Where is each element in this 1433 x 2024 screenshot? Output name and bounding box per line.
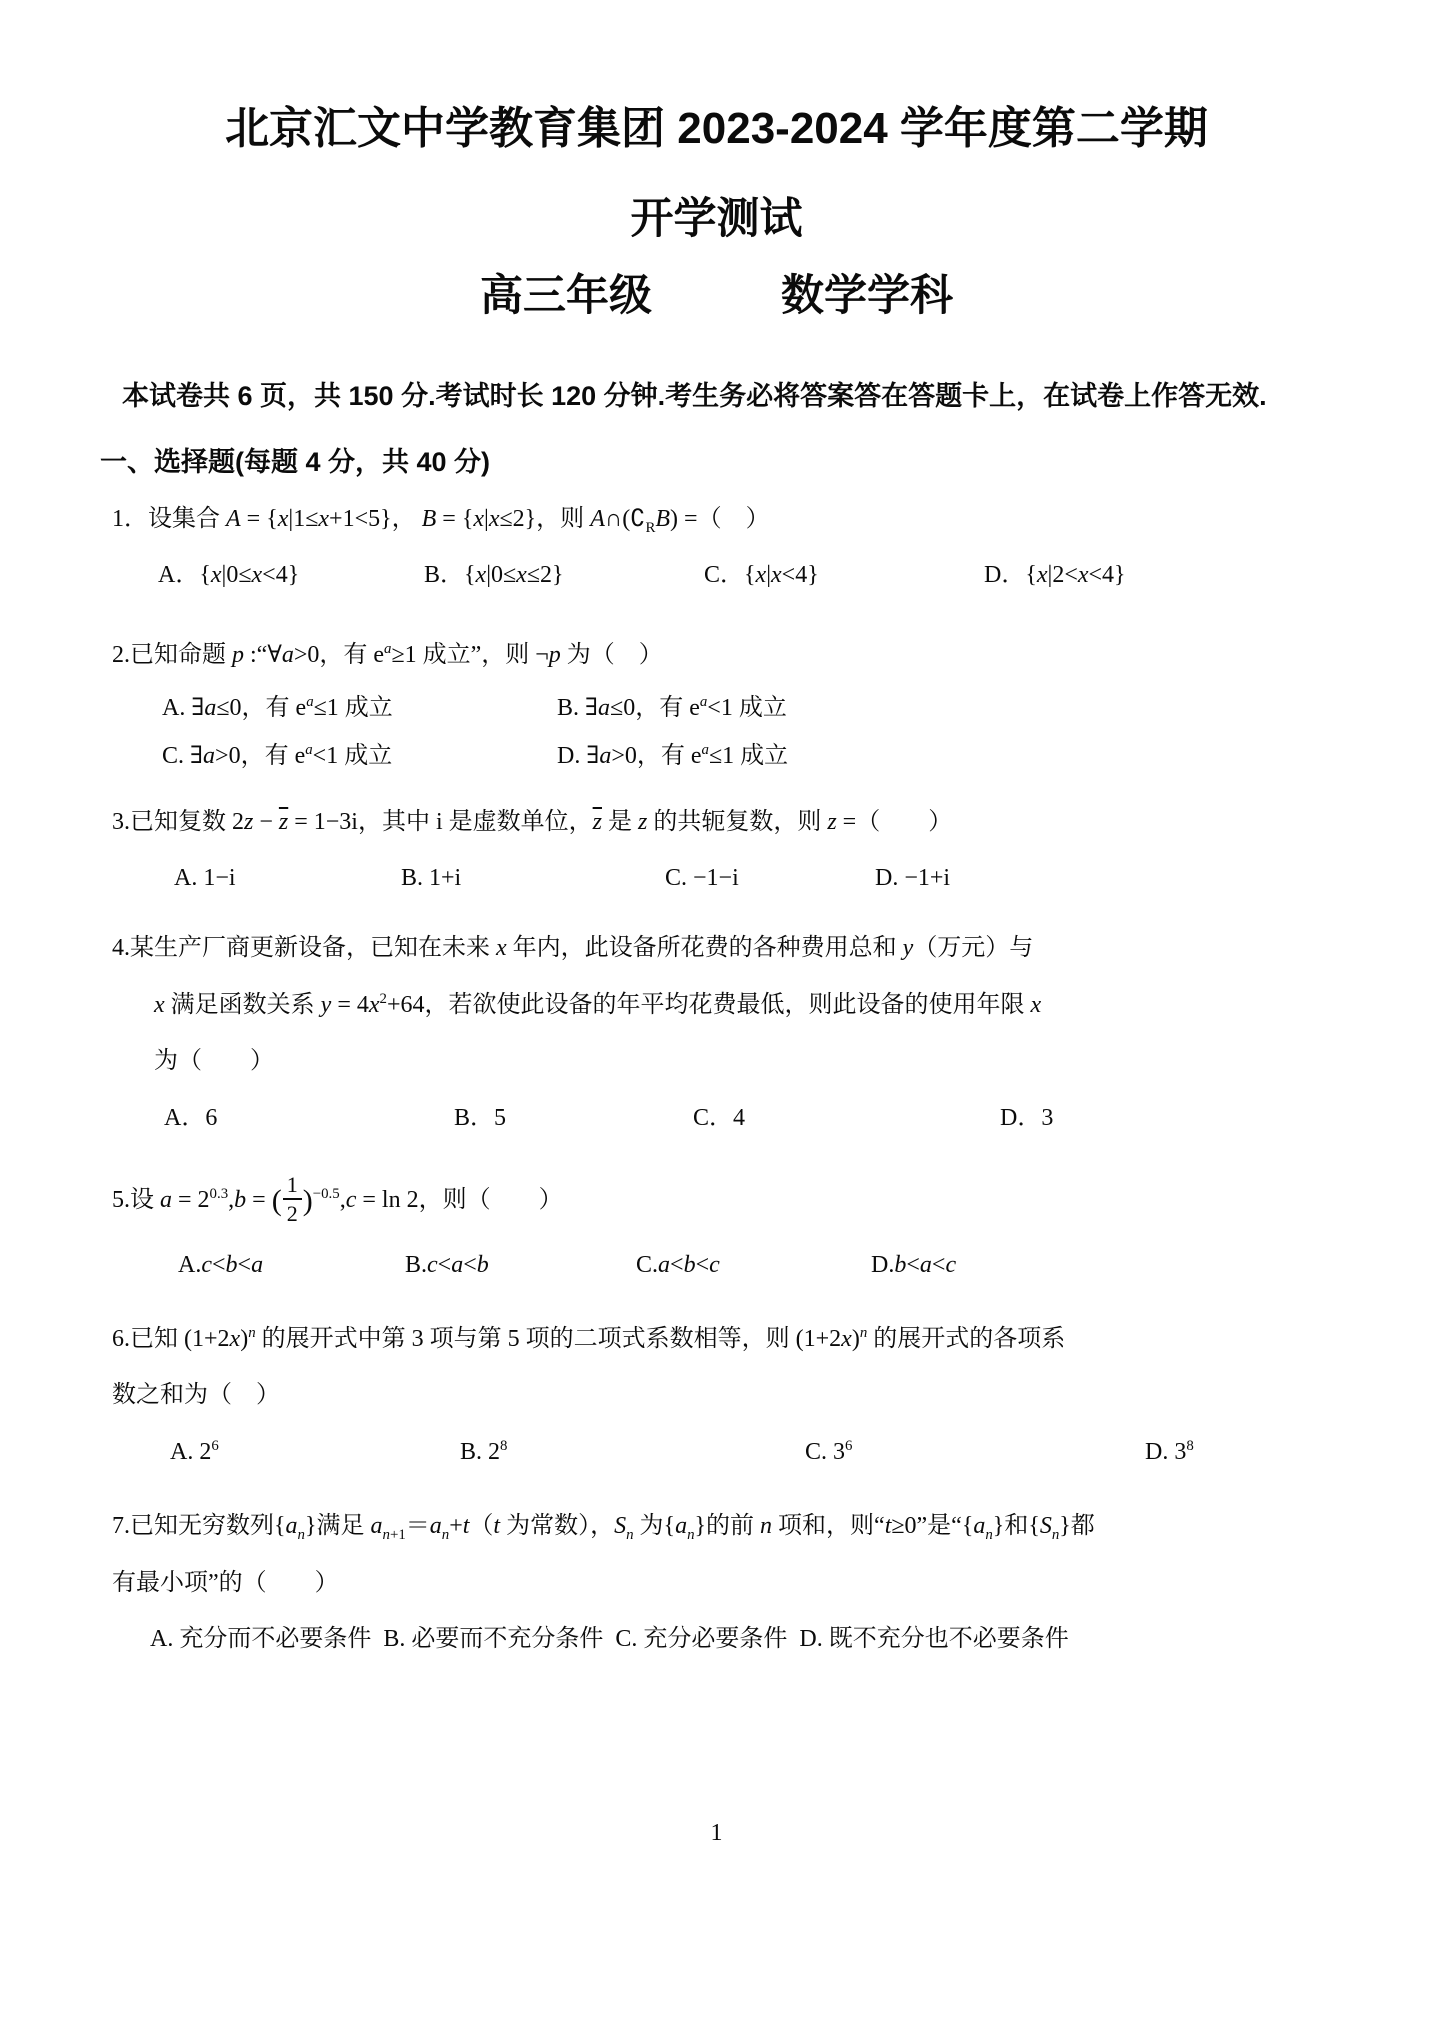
question-3-option-a: A. 1−i xyxy=(174,850,401,906)
question-5-stem: 5.设 a = 20.3,b = (12)−0.5,c = ln 2，则（ ） xyxy=(112,1166,1375,1237)
question-1-stem: 1．设集合 A = {x|1≤x+1<5}， B = {x|x≤2}，则 A∩(… xyxy=(112,491,1375,547)
question-7-option-a: A. 充分而不必要条件 xyxy=(150,1611,371,1667)
question-6-stem-line-1: 6.已知 (1+2x)n 的展开式中第 3 项与第 5 项的二项式系数相等，则 … xyxy=(112,1311,1375,1367)
question-2-option-c: C. ∃a>0，有 ea<1 成立 xyxy=(162,732,557,780)
question-7-option-b: B. 必要而不充分条件 xyxy=(383,1611,603,1667)
question-2-option-d: D. ∃a>0，有 ea≤1 成立 xyxy=(557,732,1375,780)
question-4-stem-line-3: 为（ ） xyxy=(112,1033,1375,1089)
question-5: 5.设 a = 20.3,b = (12)−0.5,c = ln 2，则（ ） … xyxy=(112,1166,1375,1293)
question-2-stem: 2.已知命题 p :“∀a>0，有 ea≥1 成立”，则 ¬p 为（ ） xyxy=(112,627,1375,683)
question-4-stem-line-1: 4.某生产厂商更新设备，已知在未来 x 年内，此设备所花费的各种费用总和 y（万… xyxy=(112,920,1375,976)
question-1-options: A．{x|0≤x<4} B．{x|0≤x≤2} C．{x|x<4} D．{x|2… xyxy=(112,547,1375,603)
question-7-stem-line-2: 有最小项”的（ ） xyxy=(112,1555,1375,1611)
question-4: 4.某生产厂商更新设备，已知在未来 x 年内，此设备所花费的各种费用总和 y（万… xyxy=(112,920,1375,1146)
question-6-option-d: D. 38 xyxy=(1145,1424,1375,1480)
section-1-heading: 一、选择题(每题 4 分，共 40 分) xyxy=(100,442,1433,483)
question-5-option-a: A.c<b<a xyxy=(178,1237,405,1293)
exam-title-line-3: 高三年级 数学学科 xyxy=(0,262,1433,323)
question-1-option-a: A．{x|0≤x<4} xyxy=(158,547,424,603)
question-7-option-d: D. 既不充分也不必要条件 xyxy=(799,1611,1068,1667)
question-6: 6.已知 (1+2x)n 的展开式中第 3 项与第 5 项的二项式系数相等，则 … xyxy=(112,1311,1375,1480)
question-3: 3.已知复数 2z − z = 1−3i，其中 i 是虚数单位，z 是 z 的共… xyxy=(112,794,1375,907)
exam-notice: 本试卷共 6 页，共 150 分.考试时长 120 分钟.考生务必将答案答在答题… xyxy=(122,365,1363,428)
question-5-option-c: C.a<b<c xyxy=(636,1237,871,1293)
page-number: 1 xyxy=(0,1820,1433,1847)
question-6-options: A. 26 B. 28 C. 36 D. 38 xyxy=(112,1424,1375,1480)
question-3-option-d: D. −1+i xyxy=(875,850,1375,906)
question-2-option-b: B. ∃a≤0，有 ea<1 成立 xyxy=(557,684,1375,732)
question-1-option-c: C．{x|x<4} xyxy=(704,547,984,603)
exam-header: 北京汇文中学教育集团 2023-2024 学年度第二学期 开学测试 高三年级 数… xyxy=(0,0,1433,323)
question-3-option-c: C. −1−i xyxy=(665,850,875,906)
question-4-stem-line-2: x 满足函数关系 y = 4x2+64，若欲使此设备的年平均花费最低，则此设备的… xyxy=(112,977,1375,1033)
question-4-option-b: B．5 xyxy=(454,1090,693,1146)
question-6-option-c: C. 36 xyxy=(805,1424,1145,1480)
question-3-option-b: B. 1+i xyxy=(401,850,665,906)
exam-paper-page: 北京汇文中学教育集团 2023-2024 学年度第二学期 开学测试 高三年级 数… xyxy=(0,0,1433,2024)
question-2-options: A. ∃a≤0，有 ea≤1 成立 B. ∃a≤0，有 ea<1 成立 C. ∃… xyxy=(112,684,1375,780)
question-7-options: A. 充分而不必要条件 B. 必要而不充分条件 C. 充分必要条件 D. 既不充… xyxy=(112,1611,1375,1667)
exam-title-line-1: 北京汇文中学教育集团 2023-2024 学年度第二学期 xyxy=(0,104,1433,155)
question-7: 7.已知无穷数列{an}满足 an+1＝an+t（t 为常数），Sn 为{an}… xyxy=(112,1498,1375,1667)
question-5-options: A.c<b<a B.c<a<b C.a<b<c D.b<a<c xyxy=(112,1237,1375,1293)
question-6-stem-line-2: 数之和为（ ） xyxy=(112,1367,1375,1423)
question-7-stem-line-1: 7.已知无穷数列{an}满足 an+1＝an+t（t 为常数），Sn 为{an}… xyxy=(112,1498,1375,1554)
question-3-stem: 3.已知复数 2z − z = 1−3i，其中 i 是虚数单位，z 是 z 的共… xyxy=(112,794,1375,850)
question-7-option-c: C. 充分必要条件 xyxy=(615,1611,787,1667)
question-1: 1．设集合 A = {x|1≤x+1<5}， B = {x|x≤2}，则 A∩(… xyxy=(112,491,1375,604)
question-6-option-b: B. 28 xyxy=(460,1424,805,1480)
question-4-option-c: C．4 xyxy=(693,1090,1000,1146)
question-1-option-b: B．{x|0≤x≤2} xyxy=(424,547,704,603)
question-6-option-a: A. 26 xyxy=(170,1424,460,1480)
question-2-option-a: A. ∃a≤0，有 ea≤1 成立 xyxy=(162,684,557,732)
question-4-option-d: D．3 xyxy=(1000,1090,1375,1146)
question-4-option-a: A．6 xyxy=(164,1090,454,1146)
question-5-option-b: B.c<a<b xyxy=(405,1237,636,1293)
exam-title-line-2: 开学测试 xyxy=(0,185,1433,246)
question-5-option-d: D.b<a<c xyxy=(871,1237,1375,1293)
question-2: 2.已知命题 p :“∀a>0，有 ea≥1 成立”，则 ¬p 为（ ） A. … xyxy=(112,627,1375,779)
question-3-options: A. 1−i B. 1+i C. −1−i D. −1+i xyxy=(112,850,1375,906)
question-4-options: A．6 B．5 C．4 D．3 xyxy=(112,1090,1375,1146)
question-1-option-d: D．{x|2<x<4} xyxy=(984,547,1375,603)
